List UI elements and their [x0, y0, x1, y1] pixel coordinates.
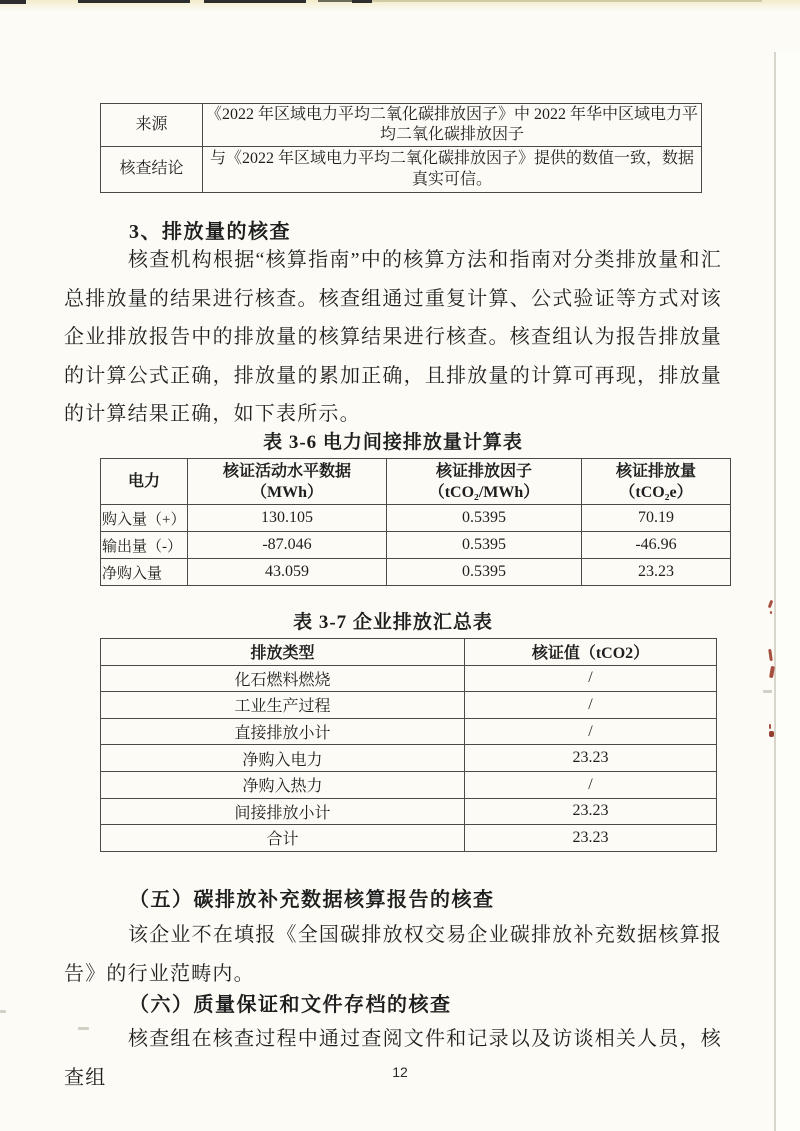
cell: 70.19: [582, 505, 731, 532]
section-3-heading: 3、排放量的核查: [129, 215, 291, 244]
table-row: 输出量（-） -87.046 0.5395 -46.96: [101, 532, 731, 559]
cell: 净购入热力: [101, 771, 465, 798]
scan-mark: [768, 600, 774, 609]
electricity-indirect-emission-table: 电力 核证活动水平数据 （MWh） 核证排放因子 （tCO₂/MWh） 核证排放…: [100, 458, 731, 586]
cell: 130.105: [188, 505, 387, 532]
scan-mark: [770, 611, 772, 614]
section-3-paragraph: 核查机构根据“核算指南”中的核算方法和指南对分类排放量和汇总排放量的结果进行核查…: [64, 241, 722, 434]
section-5-heading: （五）碳排放补充数据核算报告的核查: [129, 883, 495, 912]
scan-mark: [769, 731, 774, 737]
cell: 0.5395: [387, 505, 582, 532]
cell: 0.5395: [387, 559, 582, 586]
table-row: 直接排放小计 /: [101, 718, 717, 745]
table-header-row: 排放类型 核证值（tCO2）: [101, 639, 717, 666]
table-row: 合计 23.23: [101, 825, 717, 852]
scan-mark: [769, 724, 771, 729]
table-3-6-title: 表 3-6 电力间接排放量计算表: [65, 427, 721, 454]
cell: 23.23: [465, 798, 717, 825]
document-page: 来源 《2022 年区域电力平均二氧化碳排放因子》中 2022 年华中区域电力平…: [0, 0, 800, 1131]
column-header: 核证值（tCO2）: [465, 639, 717, 666]
cell: /: [465, 665, 717, 692]
scan-mark: [0, 1010, 6, 1013]
cell: 间接排放小计: [101, 798, 465, 825]
row-label: 来源: [101, 104, 203, 147]
cell: 43.059: [188, 559, 387, 586]
scan-artifact-segment: [372, 0, 762, 2]
cell: 23.23: [582, 559, 731, 586]
scan-page-edge-line: [774, 52, 776, 1131]
cell: 合计: [101, 825, 465, 852]
cell: /: [465, 692, 717, 719]
cell: /: [465, 771, 717, 798]
column-header: 核证排放因子 （tCO₂/MWh）: [387, 459, 582, 505]
table-header-row: 电力 核证活动水平数据 （MWh） 核证排放因子 （tCO₂/MWh） 核证排放…: [101, 459, 731, 505]
cell: 净购入量: [101, 559, 188, 586]
column-header: 核证活动水平数据 （MWh）: [188, 459, 387, 505]
table-3-7-title: 表 3-7 企业排放汇总表: [65, 607, 721, 634]
scan-mark: [768, 649, 773, 661]
table-row: 购入量（+） 130.105 0.5395 70.19: [101, 505, 731, 532]
enterprise-emission-summary-table: 排放类型 核证值（tCO2） 化石燃料燃烧 / 工业生产过程 / 直接排放小计 …: [100, 638, 717, 852]
source-conclusion-table: 来源 《2022 年区域电力平均二氧化碳排放因子》中 2022 年华中区域电力平…: [100, 103, 702, 193]
table-row: 净购入电力 23.23: [101, 745, 717, 772]
column-header: 电力: [101, 459, 188, 505]
section-6-heading: （六）质量保证和文件存档的核查: [129, 988, 452, 1017]
scan-artifact-segment: [78, 0, 190, 3]
row-value: 《2022 年区域电力平均二氧化碳排放因子》中 2022 年华中区域电力平均二氧…: [203, 104, 702, 147]
table-row: 工业生产过程 /: [101, 692, 717, 719]
row-value: 与《2022 年区域电力平均二氧化碳排放因子》提供的数值一致，数据真实可信。: [203, 147, 702, 193]
scan-page-edge: [776, 52, 800, 1131]
table-row: 净购入热力 /: [101, 771, 717, 798]
table-row: 来源 《2022 年区域电力平均二氧化碳排放因子》中 2022 年华中区域电力平…: [101, 104, 702, 147]
scan-artifact-segment: [0, 0, 26, 4]
cell: 直接排放小计: [101, 718, 465, 745]
scan-artifact-segment: [204, 0, 306, 3]
table-row: 核查结论 与《2022 年区域电力平均二氧化碳排放因子》提供的数值一致，数据真实…: [101, 147, 702, 193]
cell: -46.96: [582, 532, 731, 559]
cell: 23.23: [465, 745, 717, 772]
cell: 输出量（-）: [101, 532, 188, 559]
page-number: 12: [0, 1064, 800, 1080]
section-5-paragraph: 该企业不在填报《全国碳排放权交易企业碳排放补充数据核算报告》的行业范畴内。: [64, 916, 722, 993]
table-row: 化石燃料燃烧 /: [101, 665, 717, 692]
table-row: 间接排放小计 23.23: [101, 798, 717, 825]
cell: 0.5395: [387, 532, 582, 559]
section-6-paragraph: 核查组在核查过程中通过查阅文件和记录以及访谈相关人员，核查组: [64, 1020, 722, 1097]
cell: 净购入电力: [101, 745, 465, 772]
cell: 化石燃料燃烧: [101, 665, 465, 692]
column-header: 核证排放量（tCO₂e）: [582, 459, 731, 505]
cell: /: [465, 718, 717, 745]
column-header: 排放类型: [101, 639, 465, 666]
cell: 23.23: [465, 825, 717, 852]
table-row: 净购入量 43.059 0.5395 23.23: [101, 559, 731, 586]
cell: 工业生产过程: [101, 692, 465, 719]
cell: 购入量（+）: [101, 505, 188, 532]
scan-artifact-segment: [352, 0, 372, 3]
row-label: 核查结论: [101, 147, 203, 193]
scan-mark: [763, 690, 772, 693]
cell: -87.046: [188, 532, 387, 559]
